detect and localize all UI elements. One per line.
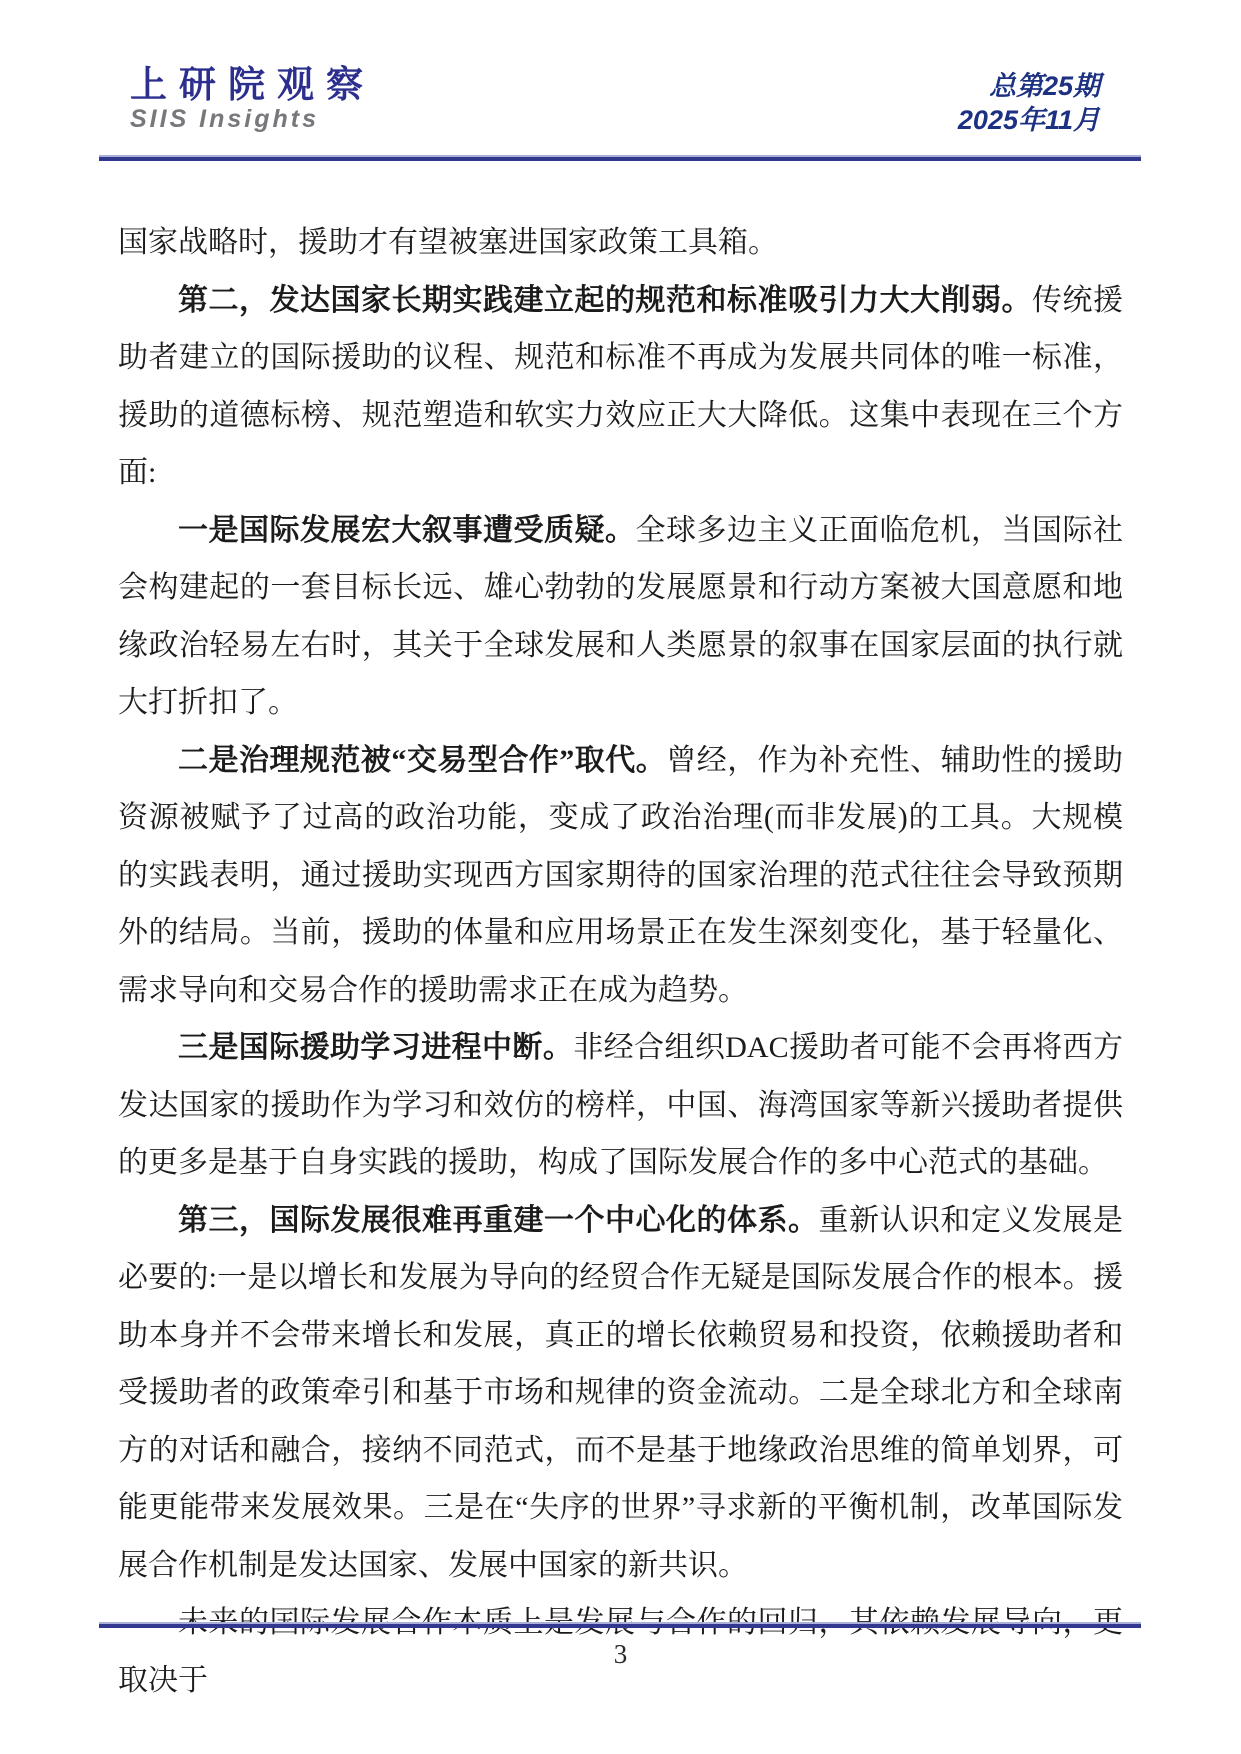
paragraph-lead: 第二，发达国家长期实践建立起的规范和标准吸引力大大削弱。: [178, 284, 1032, 317]
footer-rule: [99, 1622, 1141, 1628]
paragraph-lead: 一是国际发展宏大叙事遭受质疑。: [178, 514, 636, 547]
paragraph-lead: 二是治理规范被“交易型合作”取代。: [178, 744, 666, 777]
logo-chinese-title: 上研院观察: [130, 64, 375, 104]
issue-info: 总第25期 2025年11月: [958, 64, 1100, 137]
paragraph-lead: 第三，国际发展很难再重建一个中心化的体系。: [178, 1204, 819, 1237]
paragraph-text: 曾经，作为补充性、辅助性的援助资源被赋予了过高的政治功能，变成了政治治理(而非发…: [118, 744, 1123, 1007]
body-paragraph: 国家战略时，援助才有望被塞进国家政策工具箱。: [118, 214, 1123, 272]
paragraph-lead: 三是国际援助学习进程中断。: [178, 1031, 573, 1064]
body-paragraph: 第三，国际发展很难再重建一个中心化的体系。重新认识和定义发展是必要的:一是以增长…: [118, 1192, 1123, 1595]
body-paragraph: 一是国际发展宏大叙事遭受质疑。全球多边主义正面临危机，当国际社会构建起的一套目标…: [118, 502, 1123, 732]
issue-date: 2025年11月: [958, 103, 1100, 137]
body-content: 国家战略时，援助才有望被塞进国家政策工具箱。 第二，发达国家长期实践建立起的规范…: [118, 214, 1123, 1709]
paragraph-text: 重新认识和定义发展是必要的:一是以增长和发展为导向的经贸合作无疑是国际发展合作的…: [118, 1204, 1123, 1582]
header-rule: [99, 155, 1141, 161]
body-paragraph: 三是国际援助学习进程中断。非经合组织DAC援助者可能不会再将西方发达国家的援助作…: [118, 1019, 1123, 1192]
body-paragraph: 二是治理规范被“交易型合作”取代。曾经，作为补充性、辅助性的援助资源被赋予了过高…: [118, 732, 1123, 1020]
issue-number: 总第25期: [958, 69, 1100, 103]
logo-english-title: SIIS Insights: [130, 105, 375, 134]
page-header: 上研院观察 SIIS Insights 总第25期 2025年11月: [130, 64, 1100, 137]
publication-logo: 上研院观察 SIIS Insights: [130, 64, 375, 134]
body-paragraph: 第二，发达国家长期实践建立起的规范和标准吸引力大大削弱。传统援助者建立的国际援助…: [118, 272, 1123, 502]
document-page: 上研院观察 SIIS Insights 总第25期 2025年11月 国家战略时…: [0, 0, 1241, 1754]
paragraph-text: 国家战略时，援助才有望被塞进国家政策工具箱。: [118, 226, 778, 259]
page-number: 3: [0, 1639, 1241, 1670]
